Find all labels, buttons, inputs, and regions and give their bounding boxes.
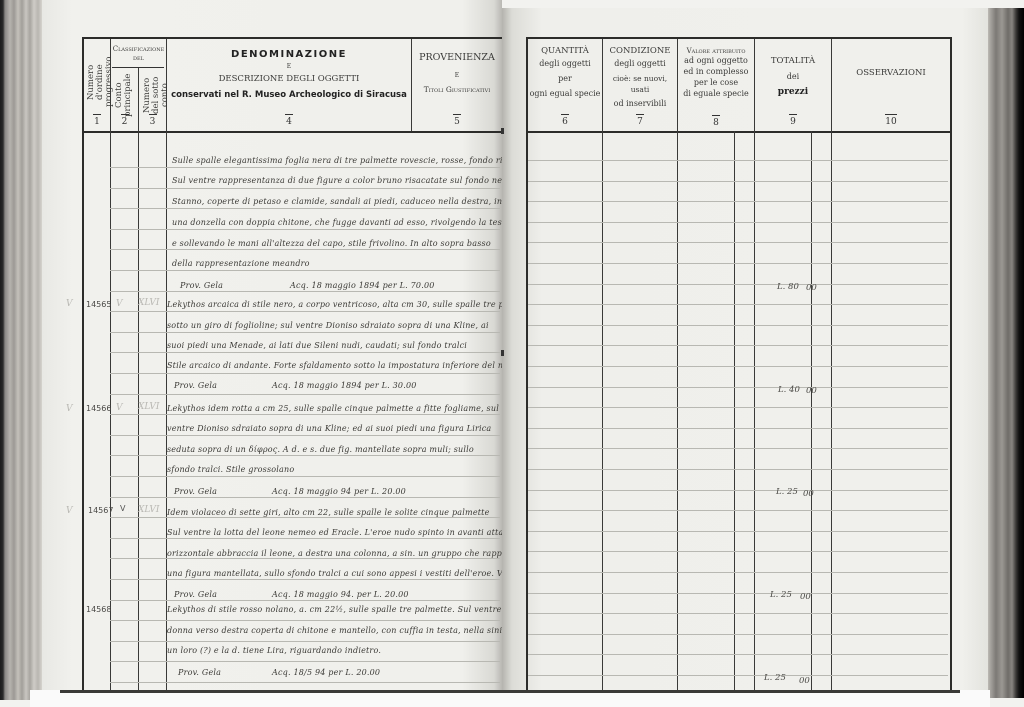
header-col-condition: CONDIZIONE degli oggetti cioè: se nuovi,…	[603, 39, 677, 131]
header-col-quantity: QUANTITÀ degli oggetti per ogni egual sp…	[528, 39, 602, 131]
column-divider	[602, 39, 603, 704]
header-col-value: Valore attribuito ad ogni oggetto ed in …	[678, 39, 754, 131]
binding-thread-mark	[501, 128, 504, 134]
column-divider	[677, 39, 678, 704]
book-bottom-edge	[60, 690, 960, 693]
header-col-main-account: Conto principale 2	[111, 39, 138, 131]
column-divider	[754, 39, 755, 704]
column-divider	[138, 39, 139, 704]
header-col-order-number: Numero d'ordine progressivo 1	[84, 39, 110, 131]
book-page-edges-left	[0, 0, 42, 700]
book-page-edges-right	[986, 8, 1024, 698]
header-col-total: TOTALITÀ dei prezzi 9	[755, 39, 831, 131]
header-col-description: DENOMINAZIONE E DESCRIZIONE DEGLI OGGETT…	[167, 39, 411, 131]
header-col-provenance: PROVENIENZA E Titoli Giustificativi 5	[412, 39, 502, 131]
column-divider-sub	[811, 131, 812, 704]
column-divider-sub	[734, 131, 735, 704]
left-ledger-table: Numero d'ordine progressivo 1 Classifica…	[82, 37, 504, 704]
binding-thread-mark	[501, 350, 504, 356]
column-divider	[831, 39, 832, 704]
header-col-sub-account: Numero del sotto conto 3	[139, 39, 166, 131]
header-col-observations: OSSERVAZIONI 10	[832, 39, 950, 131]
open-ledger-book: Numero d'ordine progressivo 1 Classifica…	[0, 0, 1024, 707]
right-ledger-table: QUANTITÀ degli oggetti per ogni egual sp…	[526, 37, 952, 704]
